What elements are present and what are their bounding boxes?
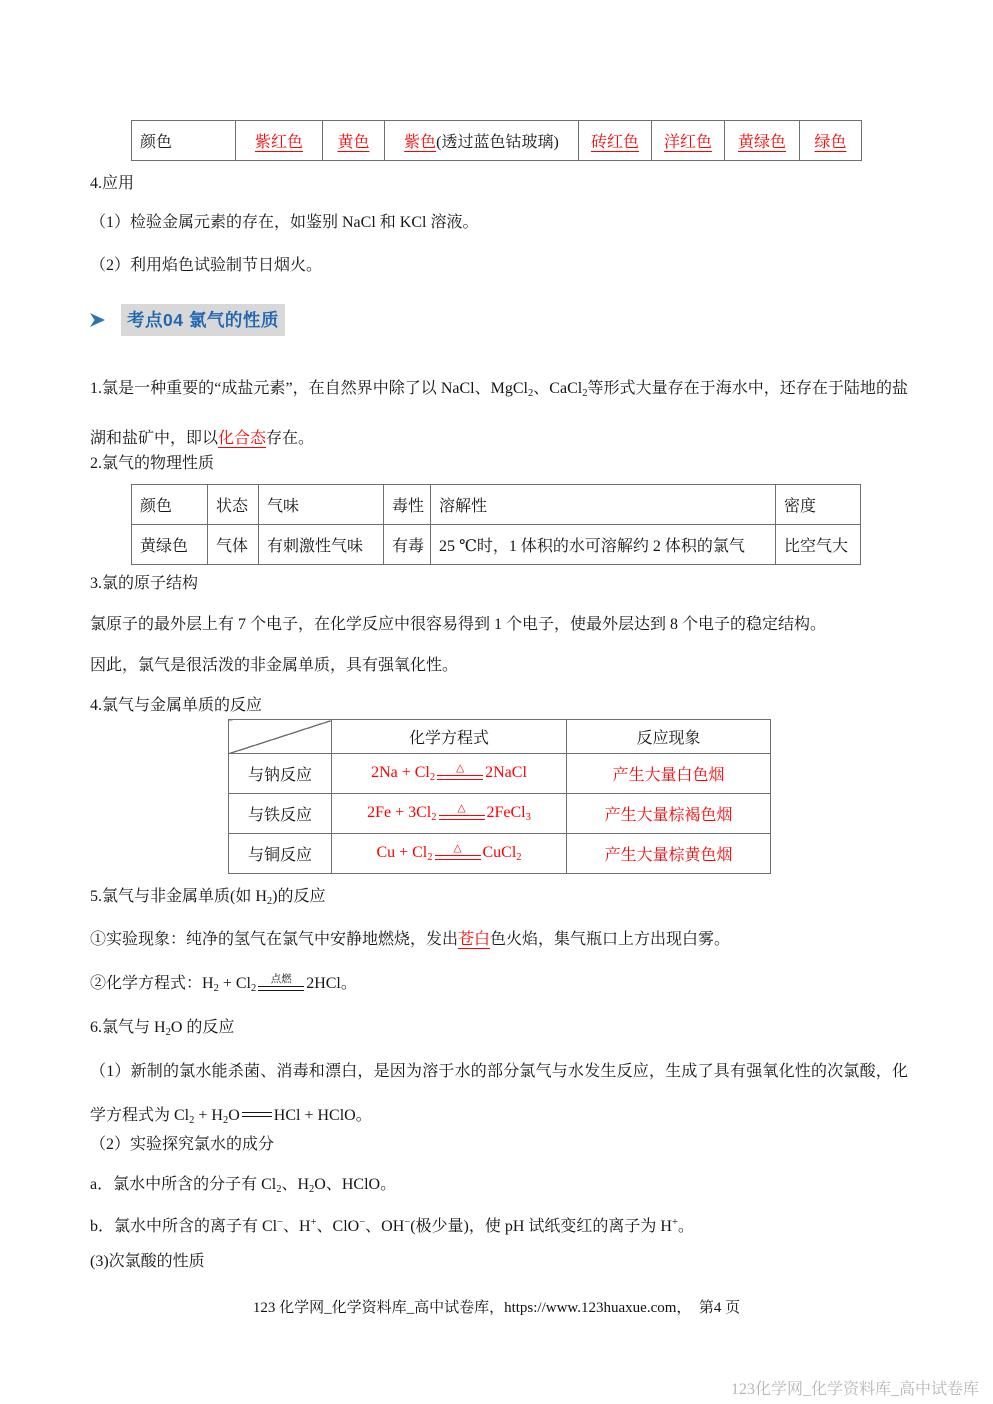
- table-cell: 黄色: [323, 121, 385, 161]
- flame-color-table: 颜色 紫红色 黄色 紫色(透过蓝色钴玻璃) 砖红色 洋红色 黄绿色 绿色: [131, 120, 862, 161]
- document-page: { "colors": {"red":"#fe0000","heading_bl…: [0, 0, 993, 1404]
- chlorine-water-molecules: a．氯水中所含的分子有 Cl2、H2O、HClO。: [90, 1173, 908, 1202]
- table-row: 颜色 紫红色 黄色 紫色(透过蓝色钴玻璃) 砖红色 洋红色 黄绿色 绿色: [132, 121, 862, 161]
- table-cell-equation: 2Na + Cl2△2NaCl: [332, 754, 567, 794]
- page-footer: 123 化学网_化学资料库_高中试卷库，https://www.123huaxu…: [0, 1296, 993, 1317]
- chlorine-water-ions: b．氯水中所含的离子有 Cl−、H+、ClO−、OH−(极少量)，使 pH 试纸…: [90, 1211, 908, 1239]
- table-cell: 绿色: [800, 121, 862, 161]
- table-row: 化学方程式 反应现象: [229, 720, 771, 754]
- table-cell: 比空气大: [776, 525, 861, 565]
- table-cell: 25 ℃时，1 体积的水可溶解约 2 体积的氯气: [431, 525, 776, 565]
- table-cell-phenomenon-header: 反应现象: [567, 720, 771, 754]
- table-cell-phenomenon: 产生大量棕褐色烟: [567, 794, 771, 834]
- table-cell: 密度: [776, 485, 861, 525]
- table-row: 颜色 状态 气味 毒性 溶解性 密度: [132, 485, 861, 525]
- table-cell-reaction-label: 与钠反应: [229, 754, 332, 794]
- table-cell: 有毒: [384, 525, 431, 565]
- application-item-1: （1）检验金属元素的存在，如鉴别 NaCl 和 KCl 溶液。: [90, 211, 908, 235]
- table-cell-reaction-label: 与铁反应: [229, 794, 332, 834]
- nonmetal-reaction-title: 5.氯气与非金属单质(如 H2)的反应: [90, 885, 908, 914]
- table-row: 与铁反应 2Fe + 3Cl2△2FeCl3 产生大量棕褐色烟: [229, 794, 771, 834]
- table-cell: 状态: [208, 485, 259, 525]
- table-row: 与钠反应 2Na + Cl2△2NaCl 产生大量白色烟: [229, 754, 771, 794]
- paragraph-chlorine-intro: 1.氯是一种重要的“成盐元素”，在自然界中除了以 NaCl、MgCl2、CaCl…: [90, 366, 908, 461]
- water-reaction-paragraph-1: （1）新制的氯水能杀菌、消毒和漂白，是因为溶于水的部分氯气与水发生反应，生成了具…: [90, 1050, 908, 1143]
- application-title: 4.应用: [90, 172, 908, 196]
- table-cell: 气味: [259, 485, 384, 525]
- table-cell-equation-header: 化学方程式: [332, 720, 567, 754]
- table-cell: 紫红色: [236, 121, 323, 161]
- table-cell: 紫色(透过蓝色钴玻璃): [385, 121, 579, 161]
- diagonal-header-cell: [229, 720, 332, 754]
- water-reaction-paragraph-2: （2）实验探究氯水的成分: [90, 1133, 908, 1157]
- table-cell: 毒性: [384, 485, 431, 525]
- nonmetal-equation: ②化学方程式：H2 + Cl2点燃2HCl。: [90, 972, 908, 1001]
- table-cell-equation: Cu + Cl2△CuCl2: [332, 834, 567, 874]
- table-cell: 有刺激性气味: [259, 525, 384, 565]
- table-row: 与铜反应 Cu + Cl2△CuCl2 产生大量棕黄色烟: [229, 834, 771, 874]
- table-cell: 砖红色: [579, 121, 652, 161]
- table-cell: 气体: [208, 525, 259, 565]
- table-cell-phenomenon: 产生大量棕黄色烟: [567, 834, 771, 874]
- metal-reaction-title: 4.氯气与金属单质的反应: [90, 694, 908, 718]
- arrowhead-bullet-icon: [90, 313, 105, 327]
- table-row: 黄绿色 气体 有刺激性气味 有毒 25 ℃时，1 体积的水可溶解约 2 体积的氯…: [132, 525, 861, 565]
- table-cell-phenomenon: 产生大量白色烟: [567, 754, 771, 794]
- section-heading-label: 考点04 氯气的性质: [121, 304, 285, 336]
- table-cell: 溶解性: [431, 485, 776, 525]
- table-cell: 洋红色: [652, 121, 725, 161]
- water-reaction-title: 6.氯气与 H2O 的反应: [90, 1016, 908, 1045]
- table-cell-color-header: 颜色: [132, 121, 236, 161]
- table-cell: 颜色: [132, 485, 208, 525]
- metal-reaction-table: 化学方程式 反应现象 与钠反应 2Na + Cl2△2NaCl 产生大量白色烟 …: [228, 719, 771, 874]
- atomic-structure-title: 3.氯的原子结构: [90, 572, 908, 596]
- physical-properties-title: 2.氯气的物理性质: [90, 452, 908, 476]
- hypochlorous-acid-title: (3)次氯酸的性质: [90, 1250, 908, 1274]
- table-cell-equation: 2Fe + 3Cl2△2FeCl3: [332, 794, 567, 834]
- physical-properties-table: 颜色 状态 气味 毒性 溶解性 密度 黄绿色 气体 有刺激性气味 有毒 25 ℃…: [131, 484, 861, 565]
- table-cell-reaction-label: 与铜反应: [229, 834, 332, 874]
- atomic-structure-line-2: 因此，氯气是很活泼的非金属单质，具有强氧化性。: [90, 654, 908, 678]
- atomic-structure-line-1: 氯原子的最外层上有 7 个电子，在化学反应中很容易得到 1 个电子，使最外层达到…: [90, 613, 908, 637]
- nonmetal-observation: ①实验现象：纯净的氢气在氯气中安静地燃烧，发出苍白色火焰，集气瓶口上方出现白雾。: [90, 928, 908, 952]
- application-item-2: （2）利用焰色试验制节日烟火。: [90, 254, 908, 278]
- table-cell: 黄绿色: [132, 525, 208, 565]
- section-heading: 考点04 氯气的性质: [90, 304, 285, 336]
- table-cell: 黄绿色: [725, 121, 800, 161]
- watermark: 123化学网_化学资料库_高中试卷库: [731, 1376, 979, 1399]
